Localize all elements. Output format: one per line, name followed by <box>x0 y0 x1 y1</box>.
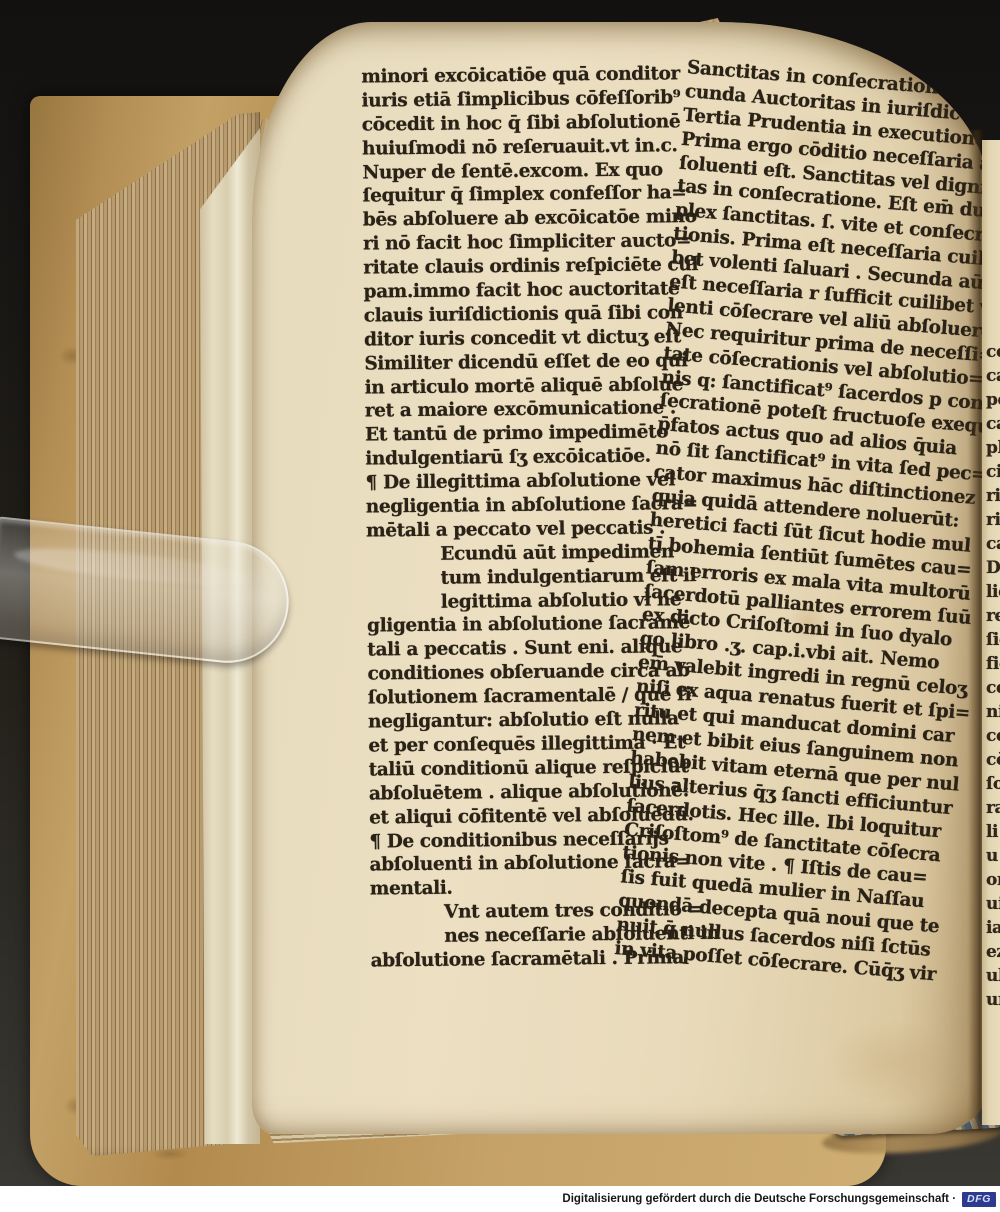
text-fragment: ul <box>986 964 1000 988</box>
digitization-caption-text: Digitalisierung gefördert durch die Deut… <box>562 1193 956 1205</box>
text-line: Similiter dicendū eſſet de eo qui <box>364 349 656 376</box>
text-line: iuris etiā ſimplicibus cōfeſſorib⁹ <box>362 86 654 113</box>
text-line: et per conſequēs illegittima · Et <box>368 731 660 758</box>
text-fragment: ur <box>986 988 1000 1012</box>
text-line: bēs abſoluere ab excōicatōe mino <box>363 206 655 233</box>
text-line: cōcedit in hoc q̄ ſibi abſolutionē <box>362 110 654 137</box>
text-line: in articulo mortē aliquē abſolue <box>365 373 657 400</box>
text-fragment: ui <box>986 892 1000 916</box>
text-fragment: cō <box>986 748 1000 772</box>
text-fragment: ia <box>986 916 1000 940</box>
text-fragment: rio <box>986 508 1000 532</box>
text-fragment: rec <box>986 604 1000 628</box>
text-fragment: cep <box>986 676 1000 700</box>
text-line: legittima abſolutio vł ne <box>367 588 659 615</box>
text-line: tum indulgentiarum eſt il <box>367 564 659 591</box>
open-book-page: minori excōicatiōe quā conditoriuris eti… <box>252 22 988 1134</box>
text-line: ſequitur q̄ ſimplex confeſſor ha= <box>363 182 655 209</box>
plastic-glint <box>13 541 250 591</box>
text-line: taliū conditionū alique reſpiciūt <box>369 755 661 782</box>
text-line: negligantur: abſolutio eſt nulla <box>368 708 660 735</box>
text-fragment: pli <box>986 436 1000 460</box>
text-line: conditiones obſeruande circa ab <box>368 660 660 687</box>
text-column-left: minori excōicatiōe quā conditoriuris eti… <box>361 62 662 973</box>
text-fragment: on <box>986 868 1000 892</box>
text-fragment: u <box>986 844 1000 868</box>
text-fragment: ca <box>986 412 1000 436</box>
text-line: ſolutionem ſacramentalē / que ſi <box>368 684 660 711</box>
text-line: abſoluētem . alique abſolutionē: <box>369 779 661 806</box>
text-fragment: cc <box>986 340 1000 364</box>
text-line: huiuſmodi nō reſeruauit.vt in.c. <box>362 134 654 161</box>
text-line: negligentia in abſolutione ſacra= <box>366 493 658 520</box>
digitization-caption-bar: Digitalisierung gefördert durch die Deut… <box>0 1186 1000 1212</box>
text-line: indulgentiarū ſʒ excōicatiōe. <box>365 445 657 472</box>
text-fragment: ca <box>986 364 1000 388</box>
text-fragment: ſie <box>986 628 1000 652</box>
text-line: gligentia in abſolutione ſacramē <box>367 612 659 639</box>
dfg-logo: DFG <box>962 1192 996 1207</box>
text-line: ¶ De illegittima abſolutione vel <box>366 469 658 496</box>
text-line: Nuper de ſentē.excom. Ex quo <box>362 158 654 185</box>
facing-page-sliver: cccapecapliciirioriocaDlicrecſiefiecepni… <box>982 140 1000 1125</box>
text-line: ritate clauis ordinis reſpiciēte cul <box>363 254 655 281</box>
text-fragment: cii <box>986 460 1000 484</box>
text-line: tali a peccatis . Sunt eni. alique <box>367 636 659 663</box>
digitized-book-photo: minori excōicatiōe quā conditoriuris eti… <box>0 0 1000 1212</box>
gutter-shadow <box>968 130 982 1130</box>
text-line: et aliqui cōfitentē vel abſoluēdū. <box>369 803 661 830</box>
text-line: minori excōicatiōe quā conditor <box>361 62 653 89</box>
text-fragment: nia <box>986 700 1000 724</box>
text-line: clauis iuriſdictionis quā ſibi con <box>364 301 656 328</box>
text-line: pam.immo facit hoc auctoritate <box>364 277 656 304</box>
text-line: ¶ De conditionibus neceſſarijs <box>369 827 661 854</box>
facing-page-text-fragments: cccapecapliciirioriocaDlicrecſiefiecepni… <box>986 340 1000 1012</box>
text-fragment: ca <box>986 532 1000 556</box>
text-line: ret a maiore excōmunicatione . <box>365 397 657 424</box>
text-fragment: ez <box>986 940 1000 964</box>
text-fragment: pe <box>986 388 1000 412</box>
text-fragment: ſo <box>986 772 1000 796</box>
text-line: Ecundū aūt impedimen <box>366 540 658 567</box>
text-fragment: ccd <box>986 724 1000 748</box>
text-line: abſoluenti in abſolutione ſacra= <box>370 851 662 878</box>
text-fragment: fie <box>986 652 1000 676</box>
text-line: mētali a peccato vel peccatis . <box>366 516 658 543</box>
text-fragment: D <box>986 556 1000 580</box>
text-line: ditor iuris concedit vt dictuʒ eſt <box>364 325 656 352</box>
text-fragment: ra <box>986 796 1000 820</box>
text-line: ri nō facit hoc ſimpliciter aucto= <box>363 230 655 257</box>
text-fragment: li <box>986 820 1000 844</box>
text-fragment: lic <box>986 580 1000 604</box>
text-fragment: rio <box>986 484 1000 508</box>
text-line: Et tantū de primo impedimēto <box>365 421 657 448</box>
